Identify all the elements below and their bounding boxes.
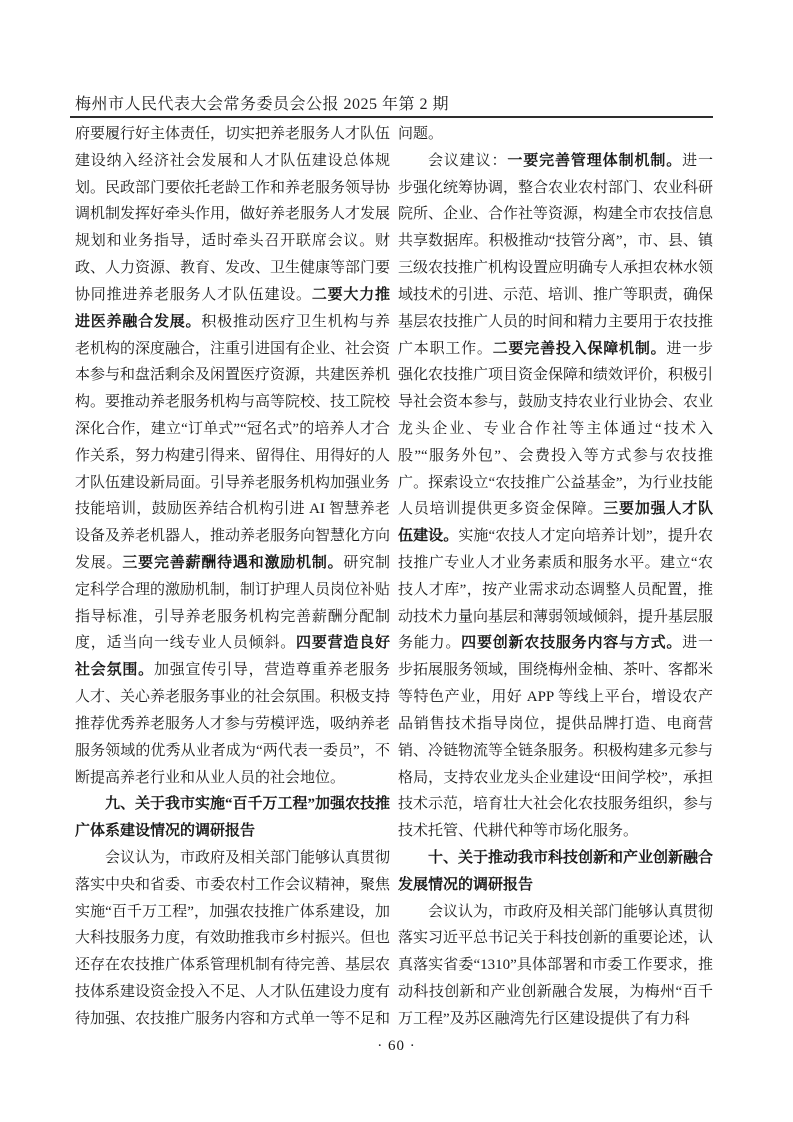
page-footer: · 60 · [0, 1038, 793, 1055]
right-column: 问题。会议建议：一要完善管理体制机制。进一步强化统筹协调，整合农业农村部门、农业… [398, 121, 713, 1033]
text-run: 积极推动医疗卫生机构与养老机构的深度融合，注重引进国有企业、社会资本参与和盘活剩… [75, 314, 390, 571]
header-rule [70, 116, 713, 118]
bold-text-run: 十、关于推动我市科技创新和产业创新融合发展情况的调研报告 [398, 850, 713, 893]
text-run: 加强宣传引导，营造尊重养老服务人才、关心养老服务事业的社会氛围。积极支持推荐优秀… [75, 662, 390, 785]
bold-text-run: 九、关于我市实施“百千万工程”加强农技推广体系建设情况的调研报告 [75, 796, 390, 839]
text-run: 问题。 [398, 126, 443, 142]
paragraph: 会议认为，市政府及相关部门能够认真贯彻落实习近平总书记关于科技创新的重要论述，认… [398, 899, 713, 1033]
section-heading: 九、关于我市实施“百千万工程”加强农技推广体系建设情况的调研报告 [75, 791, 390, 845]
page-number: · 60 · [377, 1038, 416, 1054]
left-column: 府要履行好主体责任，切实把养老服务人才队伍建设纳入经济社会发展和人才队伍建设总体… [75, 121, 390, 1033]
bold-text-run: 三要完善薪酬待遇和激励机制。 [122, 555, 343, 571]
text-run: 实施“农技人才定向培养计划”，提升农技推广专业人才业务素质和服务水平。建立“农技… [398, 528, 713, 651]
bold-text-run: 四要创新农技服务内容与方式。 [461, 635, 682, 651]
text-run: 进一步强化农技推广项目资金保障和绩效评价，积极引导社会资本参与，鼓励支持农业行业… [398, 341, 713, 518]
bold-text-run: 一要完善管理体制机制。 [507, 153, 682, 169]
paragraph: 问题。 [398, 121, 713, 148]
section-heading: 十、关于推动我市科技创新和产业创新融合发展情况的调研报告 [398, 845, 713, 899]
bold-text-run: 二要完善投入保障机制。 [493, 341, 667, 357]
text-run: 府要履行好主体责任，切实把养老服务人才队伍建设纳入经济社会发展和人才队伍建设总体… [75, 126, 390, 303]
document-page: 梅州市人民代表大会常务委员会公报 2025 年第 2 期 府要履行好主体责任，切… [0, 0, 793, 1122]
paragraph: 会议建议：一要完善管理体制机制。进一步强化统筹协调，整合农业农村部门、农业科研院… [398, 148, 713, 845]
text-run: 会议认为，市政府及相关部门能够认真贯彻落实中央和省委、市委农村工作会议精神，聚焦… [75, 850, 390, 1027]
text-run: 进一步拓展服务领域，围绕梅州金柚、茶叶、客都米等特色产业，用好 APP 等线上平… [398, 635, 713, 839]
header-title: 梅州市人民代表大会常务委员会公报 2025 年第 2 期 [75, 96, 449, 113]
page-header: 梅州市人民代表大会常务委员会公报 2025 年第 2 期 [75, 91, 449, 114]
text-run: 会议认为，市政府及相关部门能够认真贯彻落实习近平总书记关于科技创新的重要论述，认… [398, 904, 713, 1027]
text-run: 进一步强化统筹协调，整合农业农村部门、农业科研院所、企业、合作社等资源，构建全市… [398, 153, 713, 357]
paragraph: 会议认为，市政府及相关部门能够认真贯彻落实中央和省委、市委农村工作会议精神，聚焦… [75, 845, 390, 1033]
paragraph: 府要履行好主体责任，切实把养老服务人才队伍建设纳入经济社会发展和人才队伍建设总体… [75, 121, 390, 791]
text-run: 会议建议： [428, 153, 507, 169]
